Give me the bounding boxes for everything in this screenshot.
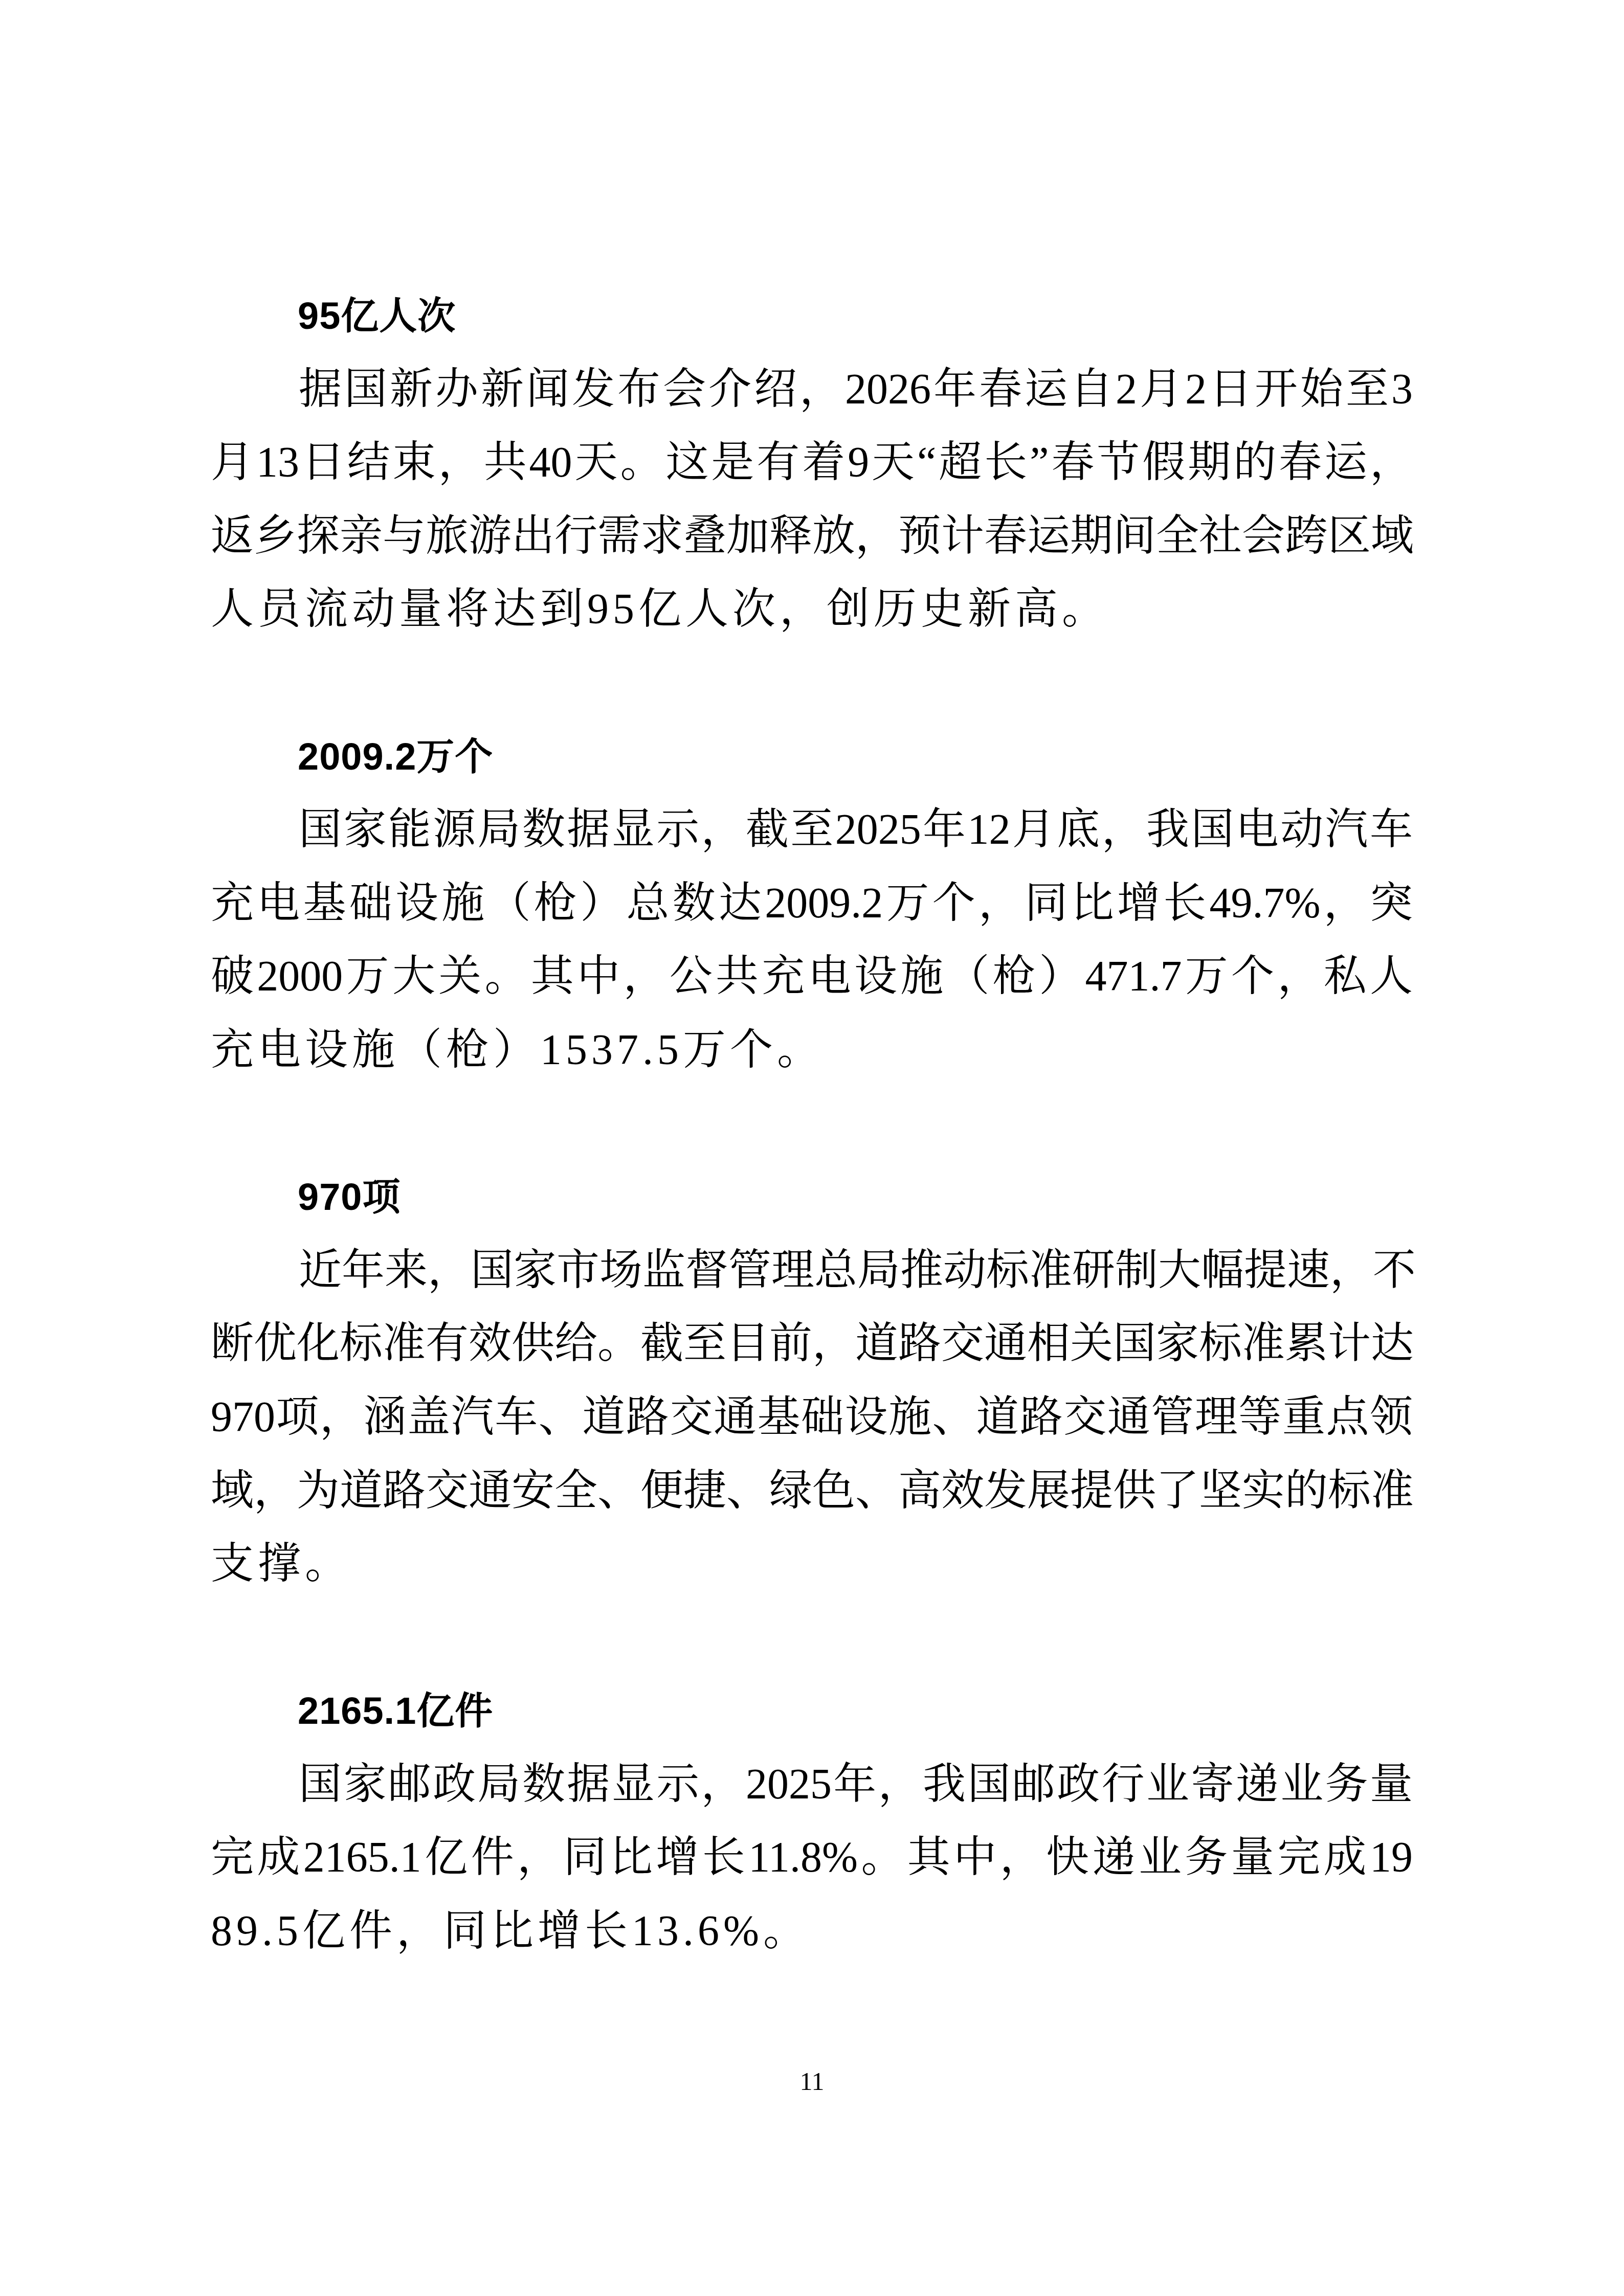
section-postal-delivery: 2165.1亿件 国家邮政局数据显示，2025年，我国邮政行业寄递业务量 完成2… bbox=[211, 1674, 1413, 1968]
paragraph-line: 人员流动量将达到95亿人次，创历史新高。 bbox=[211, 573, 1413, 646]
paragraph-line: 国家能源局数据显示，截至2025年12月底，我国电动汽车 bbox=[211, 793, 1413, 867]
paragraph-line: 89.5亿件，同比增长13.6%。 bbox=[211, 1895, 1413, 1968]
paragraph-line: 充电设施（枪）1537.5万个。 bbox=[211, 1014, 1413, 1087]
section-heading: 2009.2万个 bbox=[211, 720, 1413, 794]
paragraph-line: 充电基础设施（枪）总数达2009.2万个，同比增长49.7%，突 bbox=[211, 867, 1413, 940]
section-heading: 2165.1亿件 bbox=[211, 1674, 1413, 1748]
paragraph-line: 域，为道路交通安全、便捷、绿色、高效发展提供了坚实的标准 bbox=[211, 1454, 1413, 1528]
paragraph-line: 970项，涵盖汽车、道路交通基础设施、道路交通管理等重点领 bbox=[211, 1381, 1413, 1454]
paragraph-line: 月13日结束，共40天。这是有着9天“超长”春节假期的春运， bbox=[211, 426, 1413, 500]
section-heading: 95亿人次 bbox=[211, 279, 1413, 353]
paragraph-line: 破2000万大关。其中，公共充电设施（枪）471.7万个，私人 bbox=[211, 940, 1413, 1014]
section-road-traffic-standards: 970项 近年来，国家市场监督管理总局推动标准研制大幅提速，不 断优化标准有效供… bbox=[211, 1160, 1413, 1601]
paragraph-line: 支撑。 bbox=[211, 1527, 1413, 1601]
paragraph-line: 断优化标准有效供给。截至目前，道路交通相关国家标准累计达 bbox=[211, 1307, 1413, 1381]
section-charging-infrastructure: 2009.2万个 国家能源局数据显示，截至2025年12月底，我国电动汽车 充电… bbox=[211, 720, 1413, 1087]
document-page: 95亿人次 据国新办新闻发布会介绍，2026年春运自2月2日开始至3 月13日结… bbox=[0, 0, 1624, 2296]
paragraph-line: 近年来，国家市场监督管理总局推动标准研制大幅提速，不 bbox=[211, 1234, 1413, 1308]
paragraph-line: 完成2165.1亿件，同比增长11.8%。其中，快递业务量完成19 bbox=[211, 1821, 1413, 1895]
paragraph-line: 据国新办新闻发布会介绍，2026年春运自2月2日开始至3 bbox=[211, 353, 1413, 426]
paragraph-line: 返乡探亲与旅游出行需求叠加释放，预计春运期间全社会跨区域 bbox=[211, 500, 1413, 573]
section-passenger-trips: 95亿人次 据国新办新闻发布会介绍，2026年春运自2月2日开始至3 月13日结… bbox=[211, 279, 1413, 646]
paragraph-line: 国家邮政局数据显示，2025年，我国邮政行业寄递业务量 bbox=[211, 1748, 1413, 1821]
section-heading: 970项 bbox=[211, 1160, 1413, 1234]
page-number: 11 bbox=[0, 2066, 1624, 2097]
page-content: 95亿人次 据国新办新闻发布会介绍，2026年春运自2月2日开始至3 月13日结… bbox=[211, 279, 1413, 1968]
